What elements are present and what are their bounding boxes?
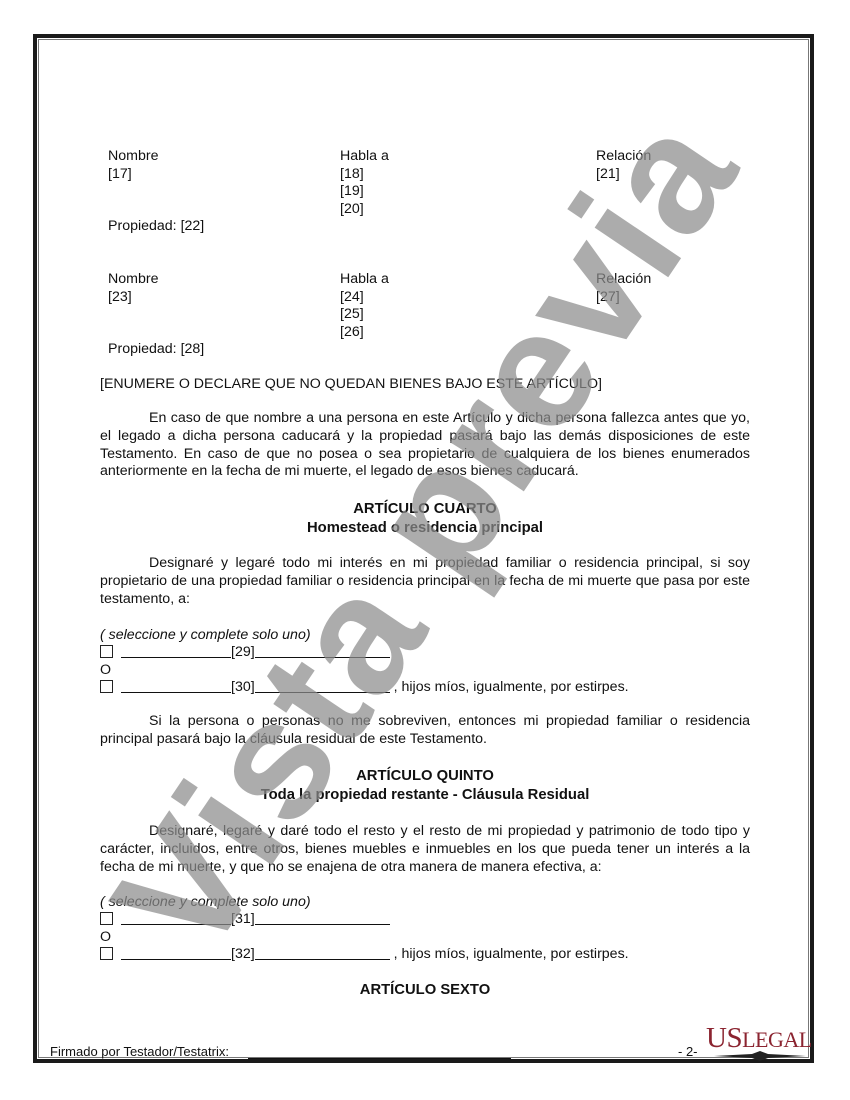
- speaks-value: [18]: [340, 165, 364, 183]
- name-header: Nombre: [108, 270, 158, 288]
- article-4-title: ARTÍCULO CUARTO: [100, 500, 750, 519]
- property-label: Propiedad: [22]: [108, 217, 204, 235]
- article-4-closing: Si la persona o personas no me sobrevive…: [100, 713, 750, 749]
- speaks-value: [24]: [340, 288, 364, 306]
- relation-header: Relación: [596, 270, 651, 288]
- option-2-checkbox[interactable]: [100, 947, 113, 960]
- option-2-suffix: , hijos míos, igualmente, por estirpes.: [394, 679, 629, 695]
- page-number: - 2-: [678, 1044, 698, 1060]
- select-note: ( seleccione y complete solo uno): [100, 626, 311, 644]
- blank-line[interactable]: [121, 945, 231, 960]
- property-label: Propiedad: [28]: [108, 340, 204, 358]
- article-5-subtitle: Toda la propiedad restante - Cláusula Re…: [100, 786, 750, 805]
- relation-header: Relación: [596, 147, 651, 165]
- option-2-suffix: , hijos míos, igualmente, por estirpes.: [394, 946, 629, 962]
- speaks-value: [20]: [340, 200, 364, 218]
- article-5-title: ARTÍCULO QUINTO: [100, 767, 750, 786]
- signed-by-label: Firmado por Testador/Testatrix:: [50, 1044, 229, 1060]
- field-29: [29]: [231, 644, 255, 660]
- name-value: [23]: [108, 288, 132, 306]
- blank-line[interactable]: [121, 910, 231, 925]
- logo-legal: LEGAL: [742, 1027, 812, 1052]
- article-6-title: ARTÍCULO SEXTO: [100, 981, 750, 1000]
- blank-line[interactable]: [121, 678, 231, 693]
- instruction-text: [ENUMERE O DECLARE QUE NO QUEDAN BIENES …: [100, 375, 602, 393]
- or-label: O: [100, 661, 111, 679]
- field-31: [31]: [231, 911, 255, 927]
- select-note: ( seleccione y complete solo uno): [100, 893, 311, 911]
- option-2-checkbox[interactable]: [100, 680, 113, 693]
- option-2-row: [30] , hijos míos, igualmente, por estir…: [100, 678, 629, 696]
- lapse-paragraph: En caso de que nombre a una persona en e…: [100, 410, 750, 481]
- blank-line[interactable]: [121, 643, 231, 658]
- signature-line[interactable]: [248, 1058, 511, 1059]
- speaks-value: [25]: [340, 305, 364, 323]
- field-32: [32]: [231, 946, 255, 962]
- blank-line[interactable]: [255, 910, 390, 925]
- article-4-paragraph: Designaré y legaré todo mi interés en mi…: [100, 555, 750, 608]
- option-1-checkbox[interactable]: [100, 912, 113, 925]
- uslegal-logo: USLEGAL: [706, 1024, 822, 1064]
- option-2-row: [32] , hijos míos, igualmente, por estir…: [100, 945, 629, 963]
- option-1-row: [29]: [100, 643, 390, 661]
- name-value: [17]: [108, 165, 132, 183]
- eagle-icon: [712, 1051, 808, 1061]
- article-4-subtitle: Homestead o residencia principal: [100, 519, 750, 538]
- speaks-value: [26]: [340, 323, 364, 341]
- or-label: O: [100, 928, 111, 946]
- speaks-header: Habla a: [340, 270, 389, 288]
- logo-us: US: [706, 1022, 742, 1054]
- relation-value: [21]: [596, 165, 620, 183]
- option-1-row: [31]: [100, 910, 390, 928]
- speaks-value: [19]: [340, 182, 364, 200]
- blank-line[interactable]: [255, 643, 390, 658]
- field-30: [30]: [231, 679, 255, 695]
- blank-line[interactable]: [255, 945, 390, 960]
- speaks-header: Habla a: [340, 147, 389, 165]
- name-header: Nombre: [108, 147, 158, 165]
- blank-line[interactable]: [255, 678, 390, 693]
- article-5-paragraph: Designaré, legaré y daré todo el resto y…: [100, 823, 750, 876]
- option-1-checkbox[interactable]: [100, 645, 113, 658]
- relation-value: [27]: [596, 288, 620, 306]
